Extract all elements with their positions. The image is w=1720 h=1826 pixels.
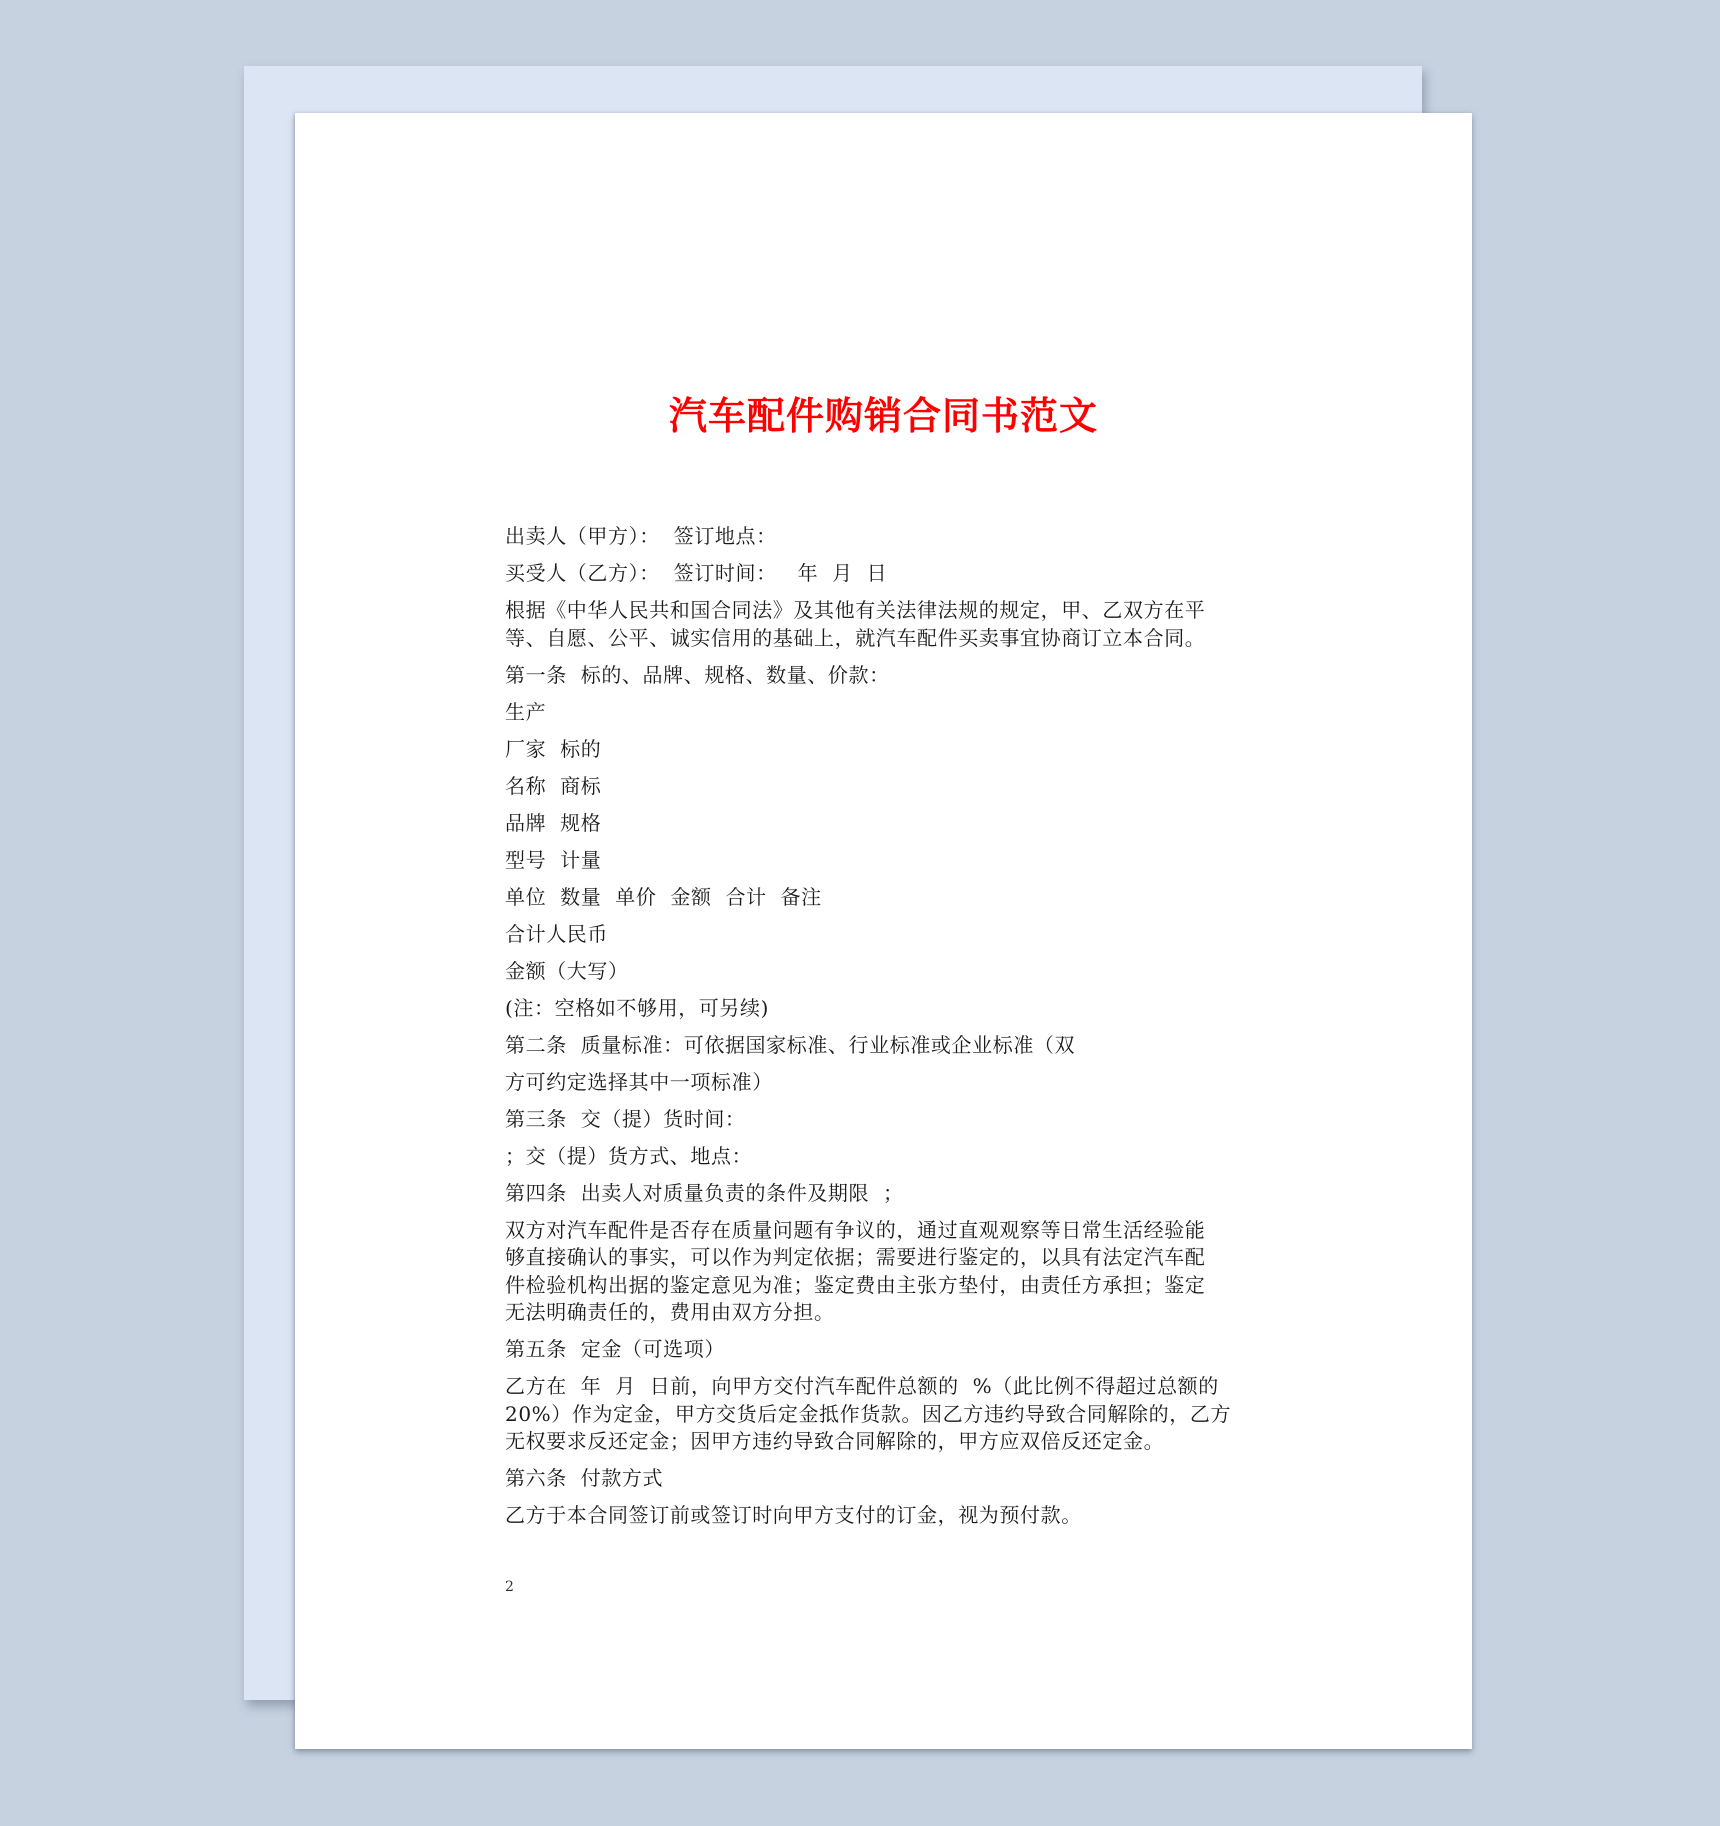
text-line: 第一条 标的、品牌、规格、数量、价款： <box>505 662 1265 690</box>
text-line: 买受人（乙方）： 签订时间： 年 月 日 <box>505 560 1265 588</box>
text-line: 第六条 付款方式 <box>505 1465 1265 1493</box>
document-title: 汽车配件购销合同书范文 <box>295 391 1472 441</box>
text-line: 合计人民币 <box>505 921 1265 949</box>
paragraph: 名称 商标 <box>505 773 1265 801</box>
text-line: 双方对汽车配件是否存在质量问题有争议的，通过直观观察等日常生活经验能 <box>505 1217 1265 1245</box>
text-line: 第二条 质量标准：可依据国家标准、行业标准或企业标准（双 <box>505 1032 1265 1060</box>
text-line: 出卖人（甲方）： 签订地点： <box>505 523 1265 551</box>
text-line: 件检验机构出据的鉴定意见为准；鉴定费由主张方垫付，由责任方承担；鉴定 <box>505 1272 1265 1300</box>
text-line: 品牌 规格 <box>505 810 1265 838</box>
paragraph: 根据《中华人民共和国合同法》及其他有关法律法规的规定，甲、乙双方在平等、自愿、公… <box>505 597 1265 652</box>
paragraph: 金额（大写） <box>505 958 1265 986</box>
paragraph: 型号 计量 <box>505 847 1265 875</box>
paragraph: 方可约定选择其中一项标准） <box>505 1069 1265 1097</box>
text-line: 根据《中华人民共和国合同法》及其他有关法律法规的规定，甲、乙双方在平 <box>505 597 1265 625</box>
text-line: 型号 计量 <box>505 847 1265 875</box>
paragraph: 厂家 标的 <box>505 736 1265 764</box>
text-line: 够直接确认的事实，可以作为判定依据；需要进行鉴定的，以具有法定汽车配 <box>505 1244 1265 1272</box>
text-line: 单位 数量 单价 金额 合计 备注 <box>505 884 1265 912</box>
text-line: 第三条 交（提）货时间： <box>505 1106 1265 1134</box>
text-line: 第五条 定金（可选项） <box>505 1336 1265 1364</box>
text-line: 无法明确责任的，费用由双方分担。 <box>505 1299 1265 1327</box>
paragraph: 双方对汽车配件是否存在质量问题有争议的，通过直观观察等日常生活经验能够直接确认的… <box>505 1217 1265 1327</box>
paragraph: 第五条 定金（可选项） <box>505 1336 1265 1364</box>
text-line: 名称 商标 <box>505 773 1265 801</box>
paragraph: 出卖人（甲方）： 签订地点： <box>505 523 1265 551</box>
text-line: 乙方在 年 月 日前，向甲方交付汽车配件总额的 %（此比例不得超过总额的 <box>505 1373 1265 1401</box>
paragraph: 品牌 规格 <box>505 810 1265 838</box>
text-line: 金额（大写） <box>505 958 1265 986</box>
paragraph: 第二条 质量标准：可依据国家标准、行业标准或企业标准（双 <box>505 1032 1265 1060</box>
text-line: 乙方于本合同签订前或签订时向甲方支付的订金，视为预付款。 <box>505 1502 1265 1530</box>
paragraph: 乙方于本合同签订前或签订时向甲方支付的订金，视为预付款。 <box>505 1502 1265 1530</box>
text-line: 方可约定选择其中一项标准） <box>505 1069 1265 1097</box>
paragraph: 第六条 付款方式 <box>505 1465 1265 1493</box>
paragraph: 第一条 标的、品牌、规格、数量、价款： <box>505 662 1265 690</box>
paragraph: 第四条 出卖人对质量负责的条件及期限 ； <box>505 1180 1265 1208</box>
paragraph: 生产 <box>505 699 1265 727</box>
text-line: 无权要求反还定金；因甲方违约导致合同解除的，甲方应双倍反还定金。 <box>505 1428 1265 1456</box>
paragraph: 单位 数量 单价 金额 合计 备注 <box>505 884 1265 912</box>
document-page: 汽车配件购销合同书范文 出卖人（甲方）： 签订地点：买受人（乙方）： 签订时间：… <box>295 113 1472 1749</box>
text-line: 第四条 出卖人对质量负责的条件及期限 ； <box>505 1180 1265 1208</box>
text-line: 生产 <box>505 699 1265 727</box>
text-line: (注：空格如不够用，可另续) <box>505 995 1265 1023</box>
text-line: 20%）作为定金，甲方交货后定金抵作货款。因乙方违约导致合同解除的，乙方 <box>505 1401 1265 1429</box>
paragraph: (注：空格如不够用，可另续) <box>505 995 1265 1023</box>
paragraph: ；交（提）货方式、地点： <box>505 1143 1265 1171</box>
text-line: ；交（提）货方式、地点： <box>505 1143 1265 1171</box>
paragraph: 第三条 交（提）货时间： <box>505 1106 1265 1134</box>
page-number: 2 <box>505 1579 514 1595</box>
document-body: 出卖人（甲方）： 签订地点：买受人（乙方）： 签订时间： 年 月 日根据《中华人… <box>505 523 1265 1539</box>
text-line: 等、自愿、公平、诚实信用的基础上，就汽车配件买卖事宜协商订立本合同。 <box>505 625 1265 653</box>
paragraph: 合计人民币 <box>505 921 1265 949</box>
paragraph: 买受人（乙方）： 签订时间： 年 月 日 <box>505 560 1265 588</box>
text-line: 厂家 标的 <box>505 736 1265 764</box>
paragraph: 乙方在 年 月 日前，向甲方交付汽车配件总额的 %（此比例不得超过总额的20%）… <box>505 1373 1265 1456</box>
